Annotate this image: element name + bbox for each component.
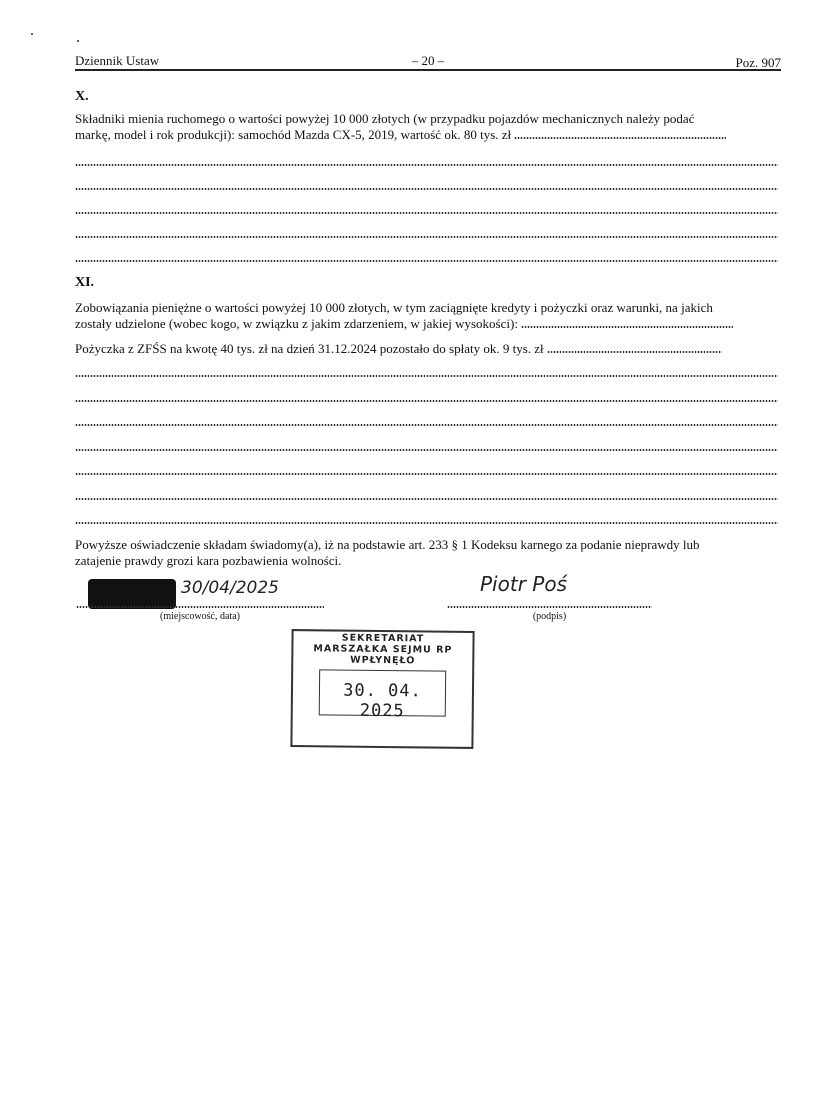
dotted-fill <box>521 326 733 328</box>
blank-dotted-line <box>75 449 778 451</box>
dotted-fill <box>514 137 726 139</box>
dotted-fill <box>547 351 722 353</box>
blank-dotted-line <box>75 188 778 190</box>
stamp-date-box: 30. 04. 2025 <box>319 669 446 716</box>
blank-dotted-line <box>75 498 778 500</box>
section-xi-text-line2: zostały udzielone (wobec kogo, w związku… <box>75 316 779 332</box>
blank-dotted-line <box>75 260 778 262</box>
received-stamp: SEKRETARIAT MARSZAŁKA SEJMU RP WPŁYNĘŁO … <box>290 629 474 749</box>
stamp-line3: WPŁYNĘŁO <box>293 654 472 667</box>
page-number: – 20 – <box>75 53 781 69</box>
section-x-text-line1: Składniki mienia ruchomego o wartości po… <box>75 111 779 127</box>
blank-dotted-line <box>75 473 778 475</box>
section-xi-text-line1: Zobowiązania pieniężne o wartości powyże… <box>75 300 779 316</box>
section-xi-title: XI. <box>75 275 94 291</box>
section-x-title: X. <box>75 89 89 105</box>
section-xi-entry-row: Pożyczka z ZFŚS na kwotę 40 tys. zł na d… <box>75 341 779 357</box>
blank-dotted-line <box>75 375 778 377</box>
section-x-answer: markę, model i rok produkcji): samochód … <box>75 127 511 142</box>
section-xi-entry: Pożyczka z ZFŚS na kwotę 40 tys. zł na d… <box>75 341 544 356</box>
signature-dotted-line <box>447 606 652 608</box>
blank-dotted-line <box>75 400 778 402</box>
handwritten-signature: Piotr Poś <box>480 572 567 596</box>
place-date-label: (miejscowość, data) <box>76 611 324 622</box>
scan-speck <box>31 33 33 35</box>
redaction-box <box>88 579 176 609</box>
stamp-date: 30. 04. 2025 <box>320 680 445 721</box>
handwritten-date: 30/04/2025 <box>181 578 279 598</box>
scan-speck <box>77 40 79 42</box>
blank-dotted-line <box>75 236 778 238</box>
blank-dotted-line <box>75 522 778 524</box>
signature-label: (podpis) <box>447 611 652 622</box>
blank-dotted-line <box>75 164 778 166</box>
page-header: Dziennik Ustaw – 20 – Poz. 907 <box>75 53 781 71</box>
section-x-text-line2: markę, model i rok produkcji): samochód … <box>75 127 779 143</box>
blank-dotted-line <box>75 212 778 214</box>
declaration-line2: zatajenie prawdy grozi kara pozbawienia … <box>75 553 779 569</box>
section-xi-question: zostały udzielone (wobec kogo, w związku… <box>75 316 518 331</box>
position-number: Poz. 907 <box>736 55 782 71</box>
declaration-line1: Powyższe oświadczenie składam świadomy(a… <box>75 537 779 553</box>
blank-dotted-line <box>75 424 778 426</box>
place-date-dotted-line <box>76 606 324 608</box>
